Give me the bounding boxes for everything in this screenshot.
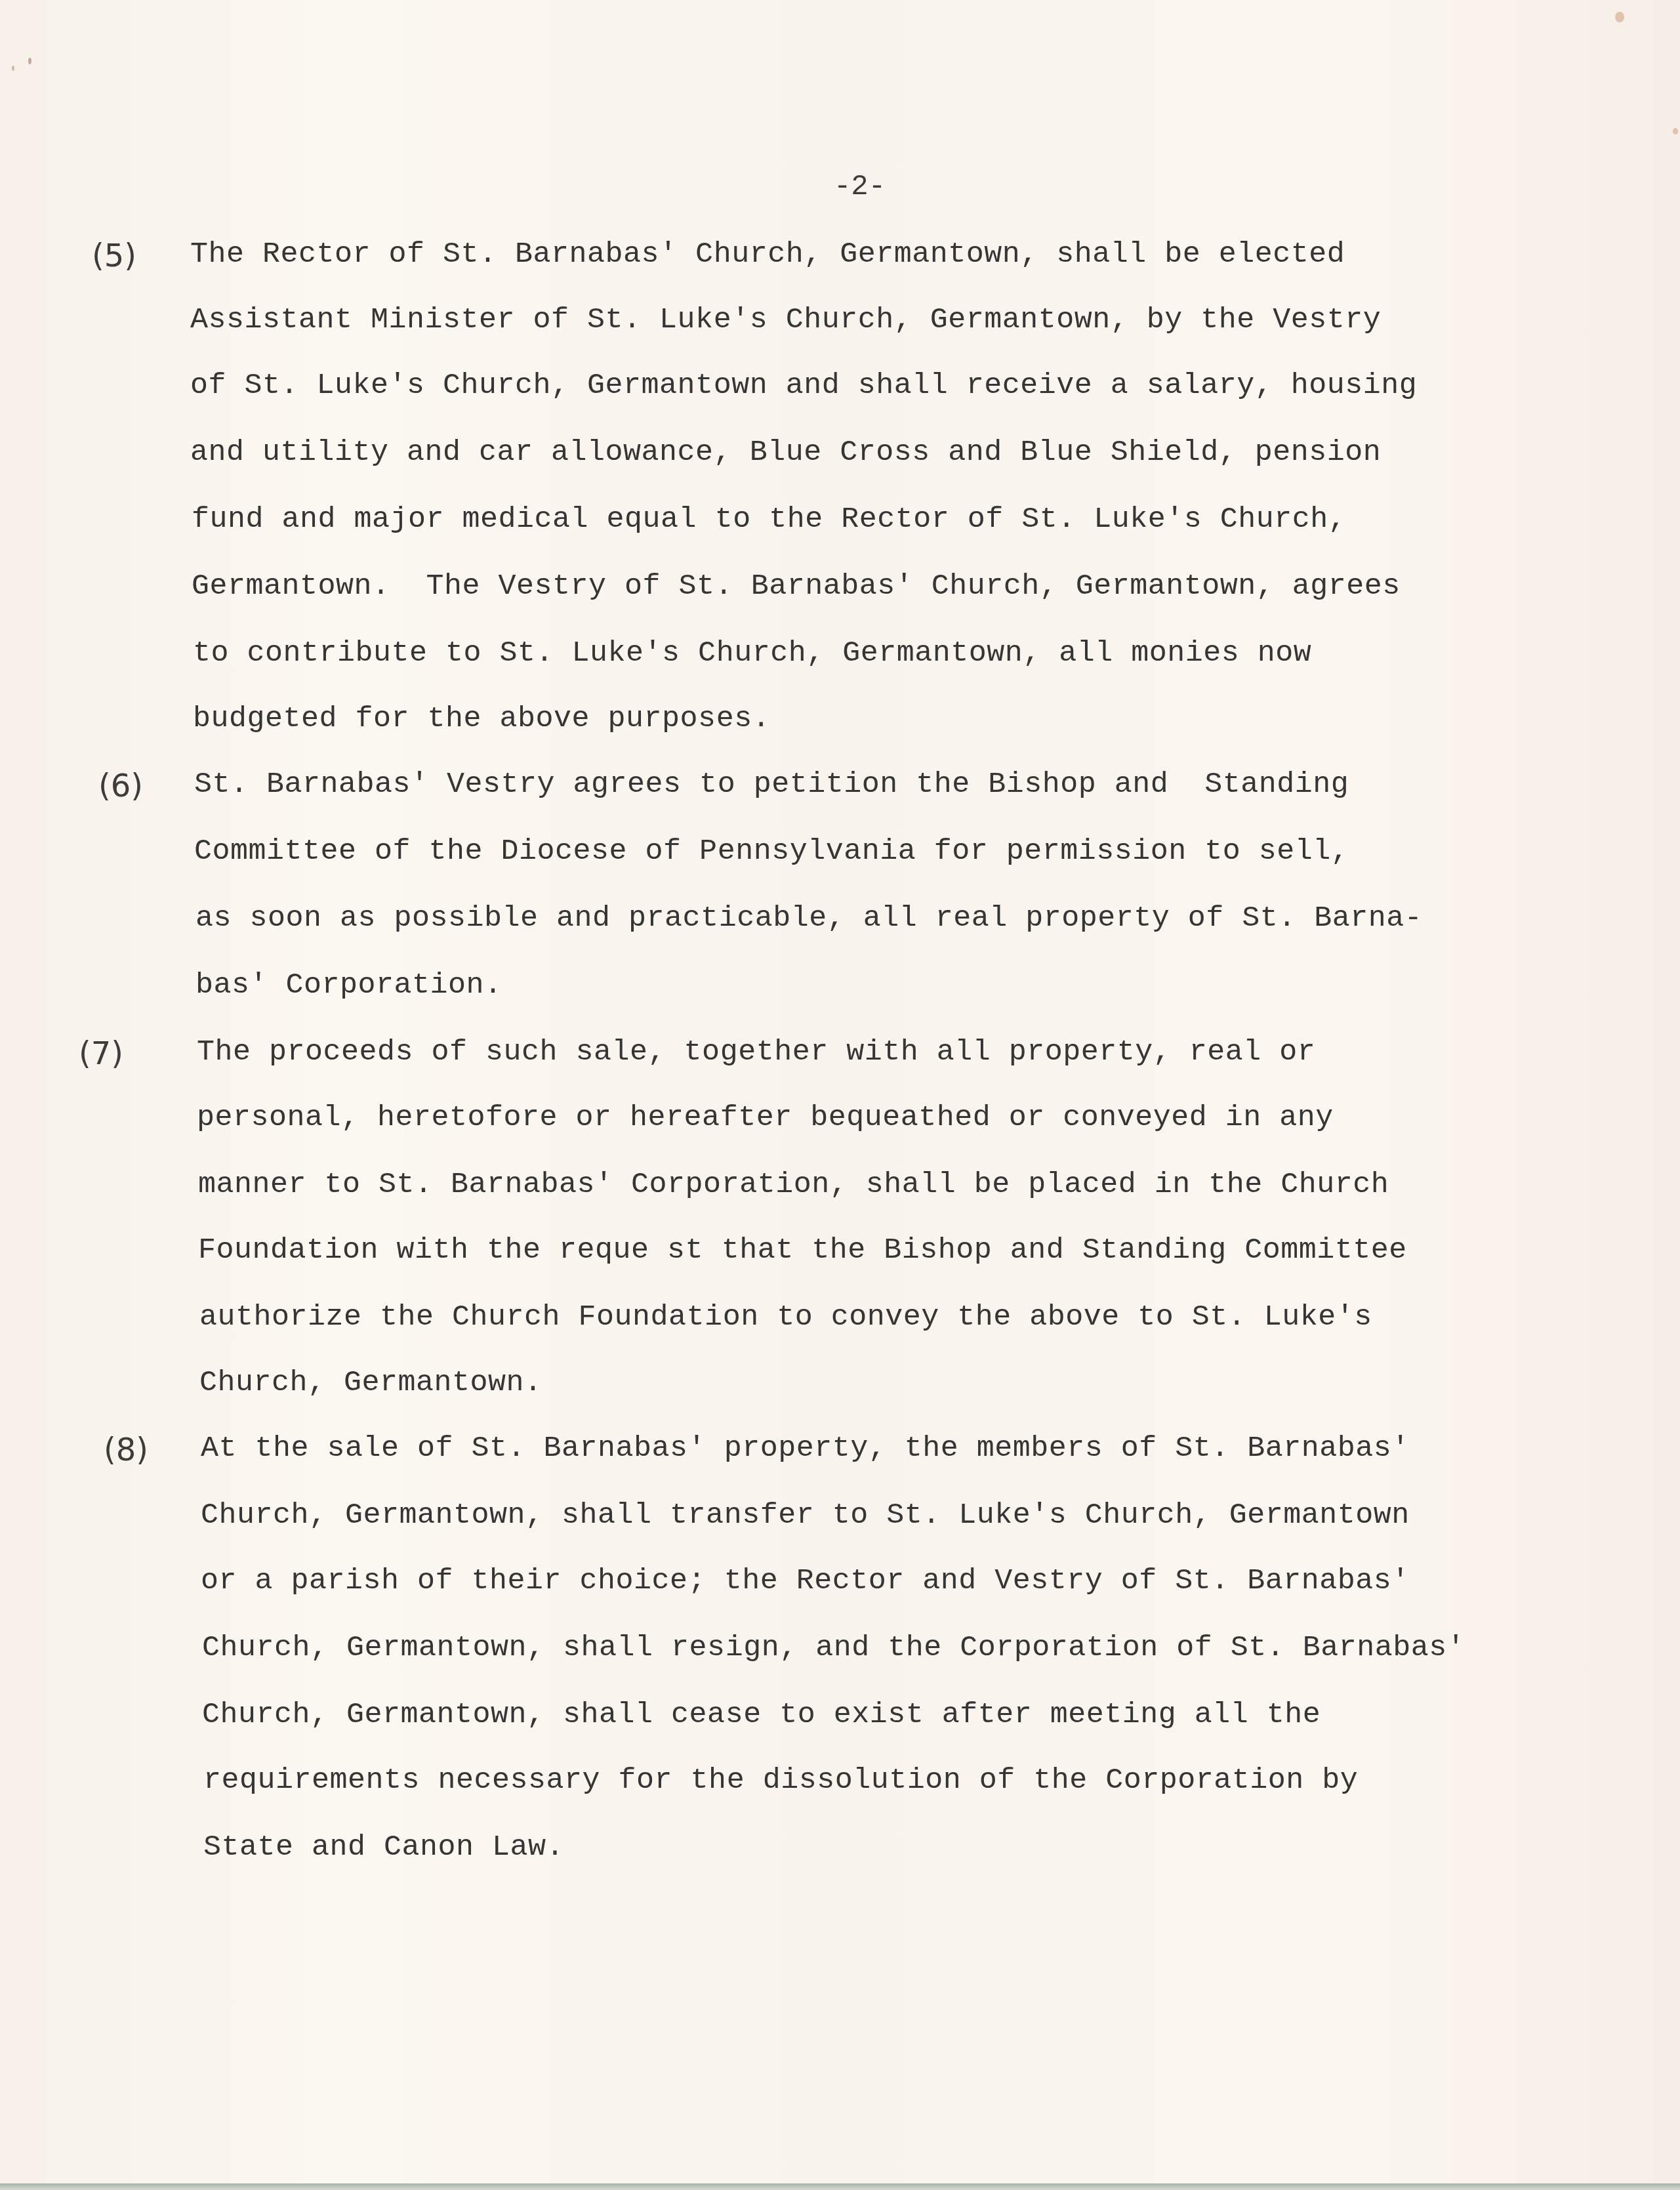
- clause-number: (8): [104, 1432, 148, 1468]
- clause-line: State and Canon Law.: [203, 1830, 564, 1864]
- paper-stain: [1615, 12, 1624, 22]
- clause-line: bas' Corporation.: [195, 968, 502, 1002]
- clause-line: Church, Germantown, shall transfer to St…: [201, 1498, 1410, 1532]
- clause-line: The Rector of St. Barnabas' Church, Germ…: [190, 238, 1345, 271]
- clause-line: The proceeds of such sale, together with…: [197, 1035, 1315, 1069]
- clause-line: as soon as possible and practicable, all…: [195, 901, 1422, 935]
- clause-line: requirements necessary for the dissoluti…: [203, 1764, 1358, 1797]
- clause-number: (6): [98, 768, 143, 804]
- clause-line: or a parish of their choice; the Rector …: [201, 1564, 1410, 1598]
- clause-line: Committee of the Diocese of Pennsylvania…: [194, 835, 1349, 868]
- clause-line: of St. Luke's Church, Germantown and sha…: [190, 369, 1417, 402]
- clause-line: Foundation with the reque st that the Bi…: [198, 1233, 1407, 1267]
- clause-line: manner to St. Barnabas' Corporation, sha…: [198, 1168, 1389, 1201]
- paper-stain: [1673, 128, 1678, 134]
- clause-line: personal, heretofore or hereafter bequea…: [197, 1101, 1334, 1134]
- clause-number: (7): [79, 1035, 123, 1072]
- clause-line: Church, Germantown, shall resign, and th…: [202, 1631, 1465, 1664]
- clause-line: Church, Germantown, shall cease to exist…: [202, 1698, 1321, 1731]
- clause-line: to contribute to St. Luke's Church, Germ…: [193, 636, 1311, 670]
- clause-line: At the sale of St. Barnabas' property, t…: [201, 1432, 1410, 1465]
- paper-stain: [28, 58, 31, 64]
- clause-line: Church, Germantown.: [199, 1366, 543, 1399]
- clause-line: and utility and car allowance, Blue Cros…: [190, 436, 1381, 469]
- clause-line: fund and major medical equal to the Rect…: [192, 503, 1346, 536]
- clause-line: authorize the Church Foundation to conve…: [199, 1300, 1372, 1334]
- clause-line: budgeted for the above purposes.: [193, 702, 770, 735]
- typewritten-page: -2- (5) The Rector of St. Barnabas' Chur…: [0, 0, 1680, 2183]
- clause-line: St. Barnabas' Vestry agrees to petition …: [194, 768, 1349, 801]
- clause-line: Assistant Minister of St. Luke's Church,…: [190, 303, 1381, 337]
- page-number: -2-: [0, 171, 1680, 203]
- paper-stain: [12, 66, 14, 71]
- clause-line: Germantown. The Vestry of St. Barnabas' …: [192, 569, 1401, 603]
- clause-number: (5): [92, 238, 136, 274]
